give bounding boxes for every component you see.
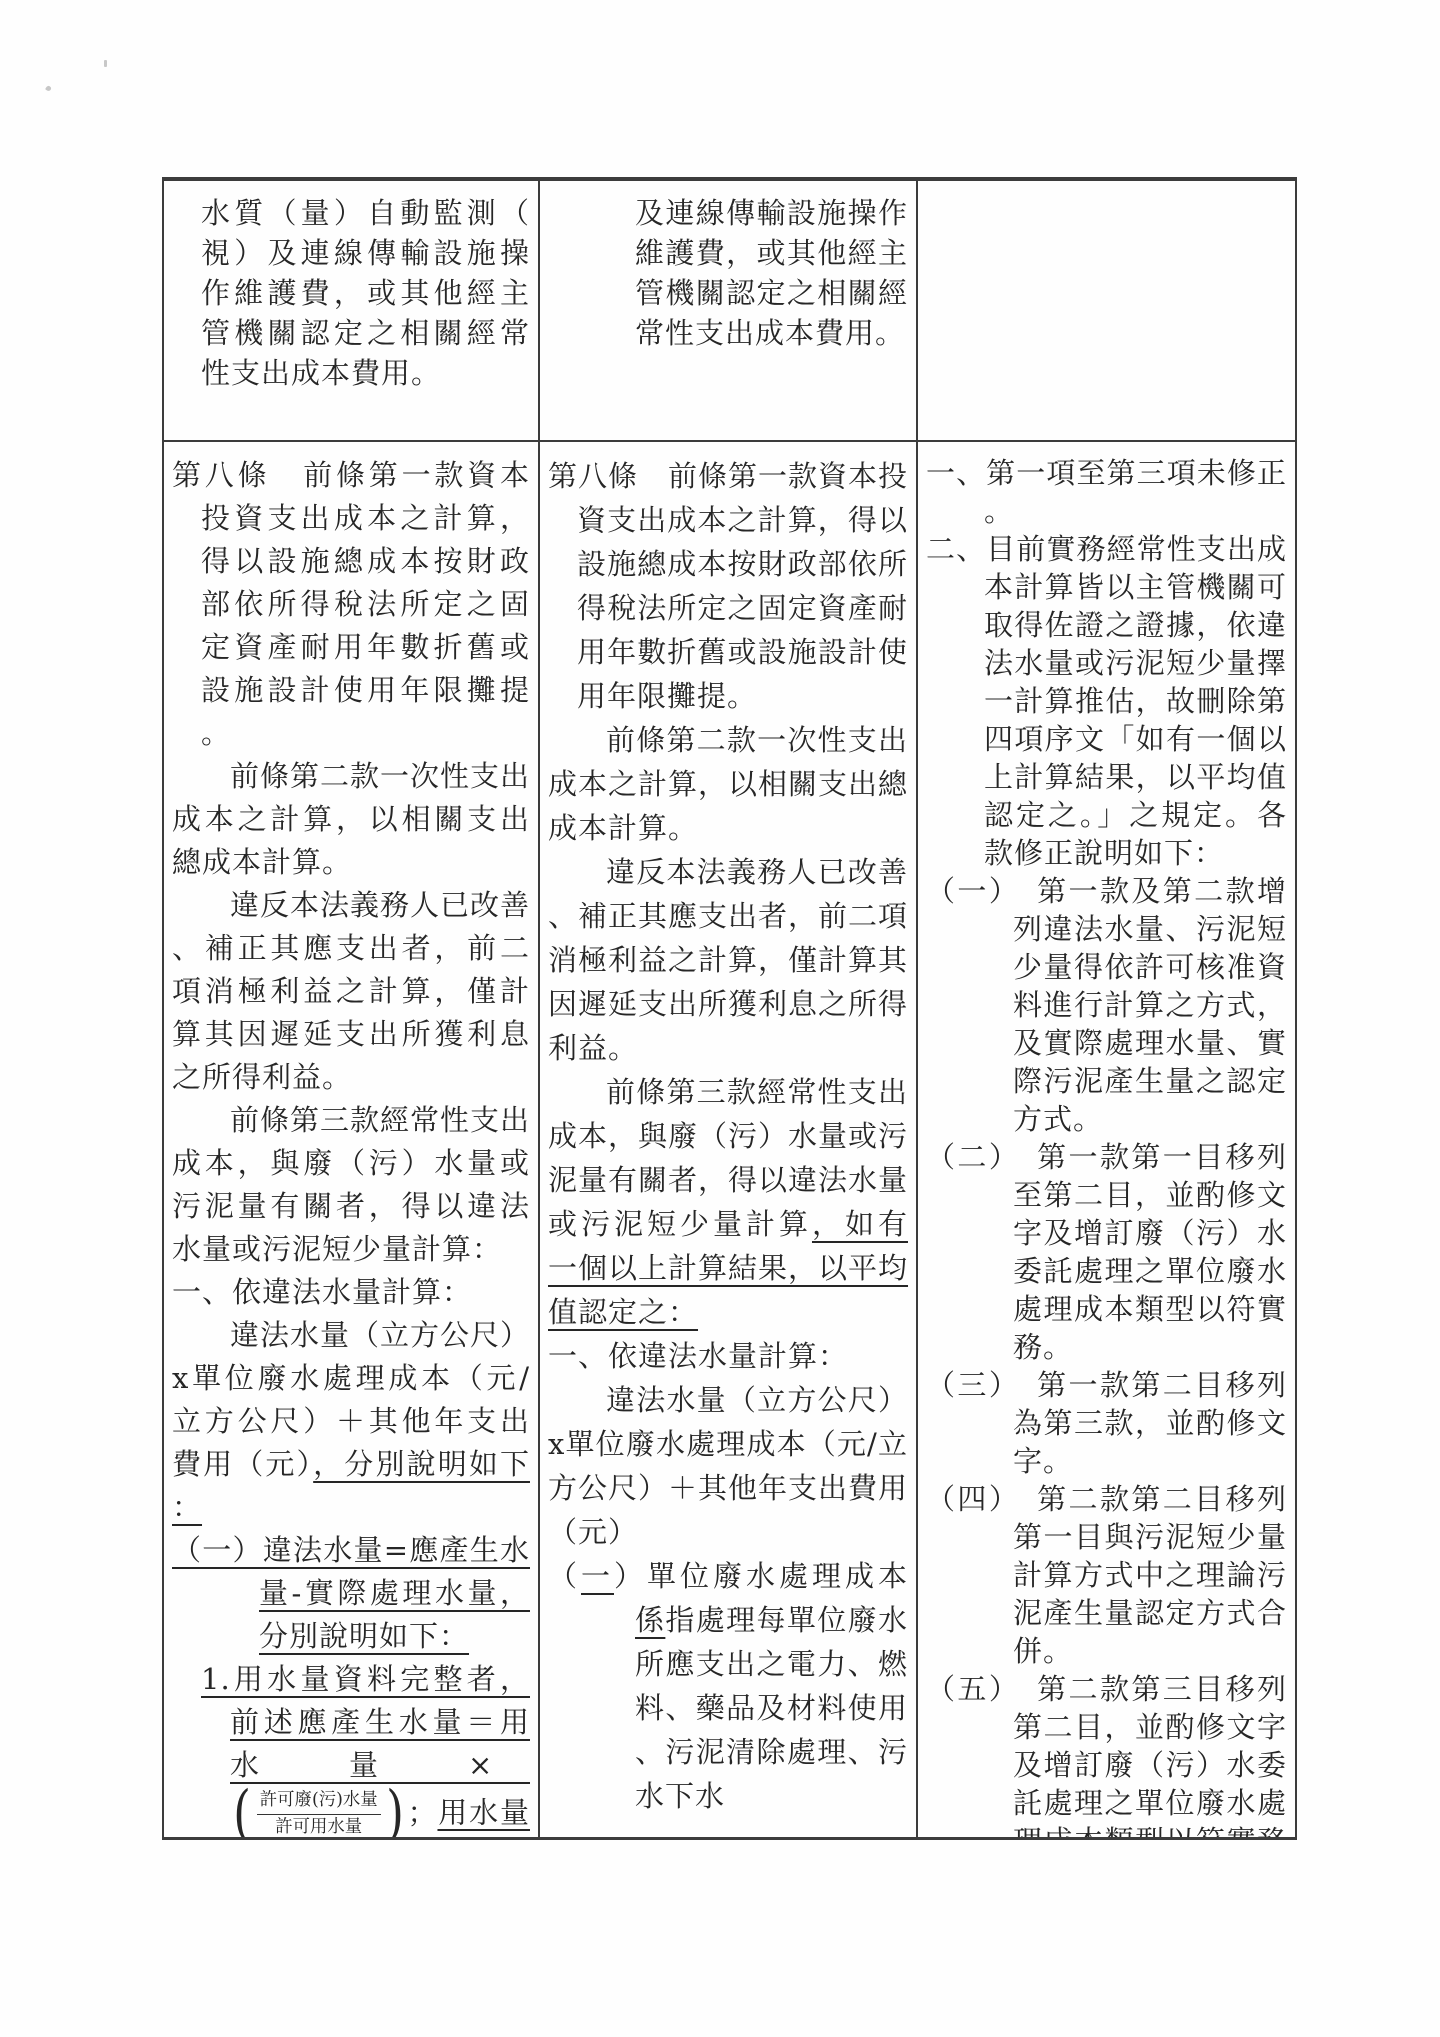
paragraph: （一）單位廢水處理成本係指處理每單位廢水所應支出之電力、燃料、藥品及材料使用、污…	[548, 1554, 908, 1818]
cell-remarks-empty	[918, 181, 1295, 442]
paragraph: 前條第二款一次性支出成本之計算，以相關支出總成本計算。	[548, 718, 908, 850]
paragraph: 二、目前實務經常性支出成本計算皆以主管機關可取得佐證之證據，依違法水量或污泥短少…	[926, 530, 1287, 872]
amendment-comparison-table: 水質（量）自動監測（視）及連線傳輸設施操作維護費，或其他經主管機關認定之相關經常…	[162, 177, 1297, 1840]
scanned-document-page: 水質（量）自動監測（視）及連線傳輸設施操作維護費，或其他經主管機關認定之相關經常…	[0, 0, 1440, 2037]
paragraph: 1.用水量資料完整者，前述應產生水量＝用水量×(許可廢(污)水量許可用水量)；用…	[172, 1658, 530, 1837]
paragraph: 及連線傳輸設施操作維護費，或其他經主管機關認定之相關經常性支出成本費用。	[548, 193, 908, 353]
paragraph: 前條第三款經常性支出成本，與廢（污）水量或污泥量有關者，得以違法水量或污泥短少量…	[172, 1099, 530, 1271]
scan-artifact-dot	[104, 60, 107, 67]
paragraph: 第八條 前條第一款資本投資支出成本之計算，得以設施總成本按財政部依所得稅法所定之…	[548, 454, 908, 718]
paragraph: 違法水量（立方公尺）x單位廢水處理成本（元/立方公尺）＋其他年支出費用（元）	[548, 1378, 908, 1554]
paragraph: 前條第二款一次性支出成本之計算，以相關支出總成本計算。	[172, 755, 530, 884]
paragraph: 一、依違法水量計算：	[172, 1271, 530, 1314]
paragraph: （四） 第二款第二目移列第一目與污泥短少量計算方式中之理論污泥產生量認定方式合併…	[926, 1480, 1287, 1670]
paragraph: （一）違法水量=應產生水量-實際處理水量，分別說明如下：	[172, 1529, 530, 1658]
paragraph: （一） 第一款及第二款增列違法水量、污泥短少量得依許可核准資料進行計算之方式，及…	[926, 872, 1287, 1138]
cell-remarks-article-8: 一、第一項至第三項未修正。二、目前實務經常性支出成本計算皆以主管機關可取得佐證之…	[918, 442, 1295, 1837]
paragraph: （三） 第一款第二目移列為第三款，並酌修文字。	[926, 1366, 1287, 1480]
paragraph: （五） 第二款第三目移列第二目，並酌修文字及增訂廢（污）水委託處理之單位廢水處理…	[926, 1670, 1287, 1837]
paragraph: 水質（量）自動監測（視）及連線傳輸設施操作維護費，或其他經主管機關認定之相關經常…	[172, 193, 530, 393]
cell-current-text-continuation: 及連線傳輸設施操作維護費，或其他經主管機關認定之相關經常性支出成本費用。	[540, 181, 918, 442]
paragraph: 違法水量（立方公尺）x單位廢水處理成本（元/立方公尺）＋其他年支出費用（元），分…	[172, 1314, 530, 1529]
paragraph: 一、依違法水量計算：	[548, 1334, 908, 1378]
paragraph: 違反本法義務人已改善、補正其應支出者，前二項消極利益之計算，僅計算其因遲延支出所…	[548, 850, 908, 1070]
scan-artifact-dot	[45, 85, 52, 92]
fraction-permitted-wastewater-ratio: (許可廢(污)水量許可用水量)	[230, 1787, 407, 1837]
paragraph: 第八條 前條第一款資本投資支出成本之計算，得以設施總成本按財政部依所得稅法所定之…	[172, 454, 530, 755]
paragraph: 一、第一項至第三項未修正。	[926, 454, 1287, 530]
paragraph: 違反本法義務人已改善、補正其應支出者，前二項消極利益之計算，僅計算其因遲延支出所…	[172, 884, 530, 1099]
cell-current-article-8: 第八條 前條第一款資本投資支出成本之計算，得以設施總成本按財政部依所得稅法所定之…	[540, 442, 918, 1837]
paragraph: 前條第三款經常性支出成本，與廢（污）水量或污泥量有關者，得以違法水量或污泥短少量…	[548, 1070, 908, 1334]
cell-amended-article-8: 第八條 前條第一款資本投資支出成本之計算，得以設施總成本按財政部依所得稅法所定之…	[164, 442, 540, 1837]
cell-amended-text-continuation: 水質（量）自動監測（視）及連線傳輸設施操作維護費，或其他經主管機關認定之相關經常…	[164, 181, 540, 442]
paragraph: （二） 第一款第一目移列至第二目，並酌修文字及增訂廢（污）水委託處理之單位廢水處…	[926, 1138, 1287, 1366]
